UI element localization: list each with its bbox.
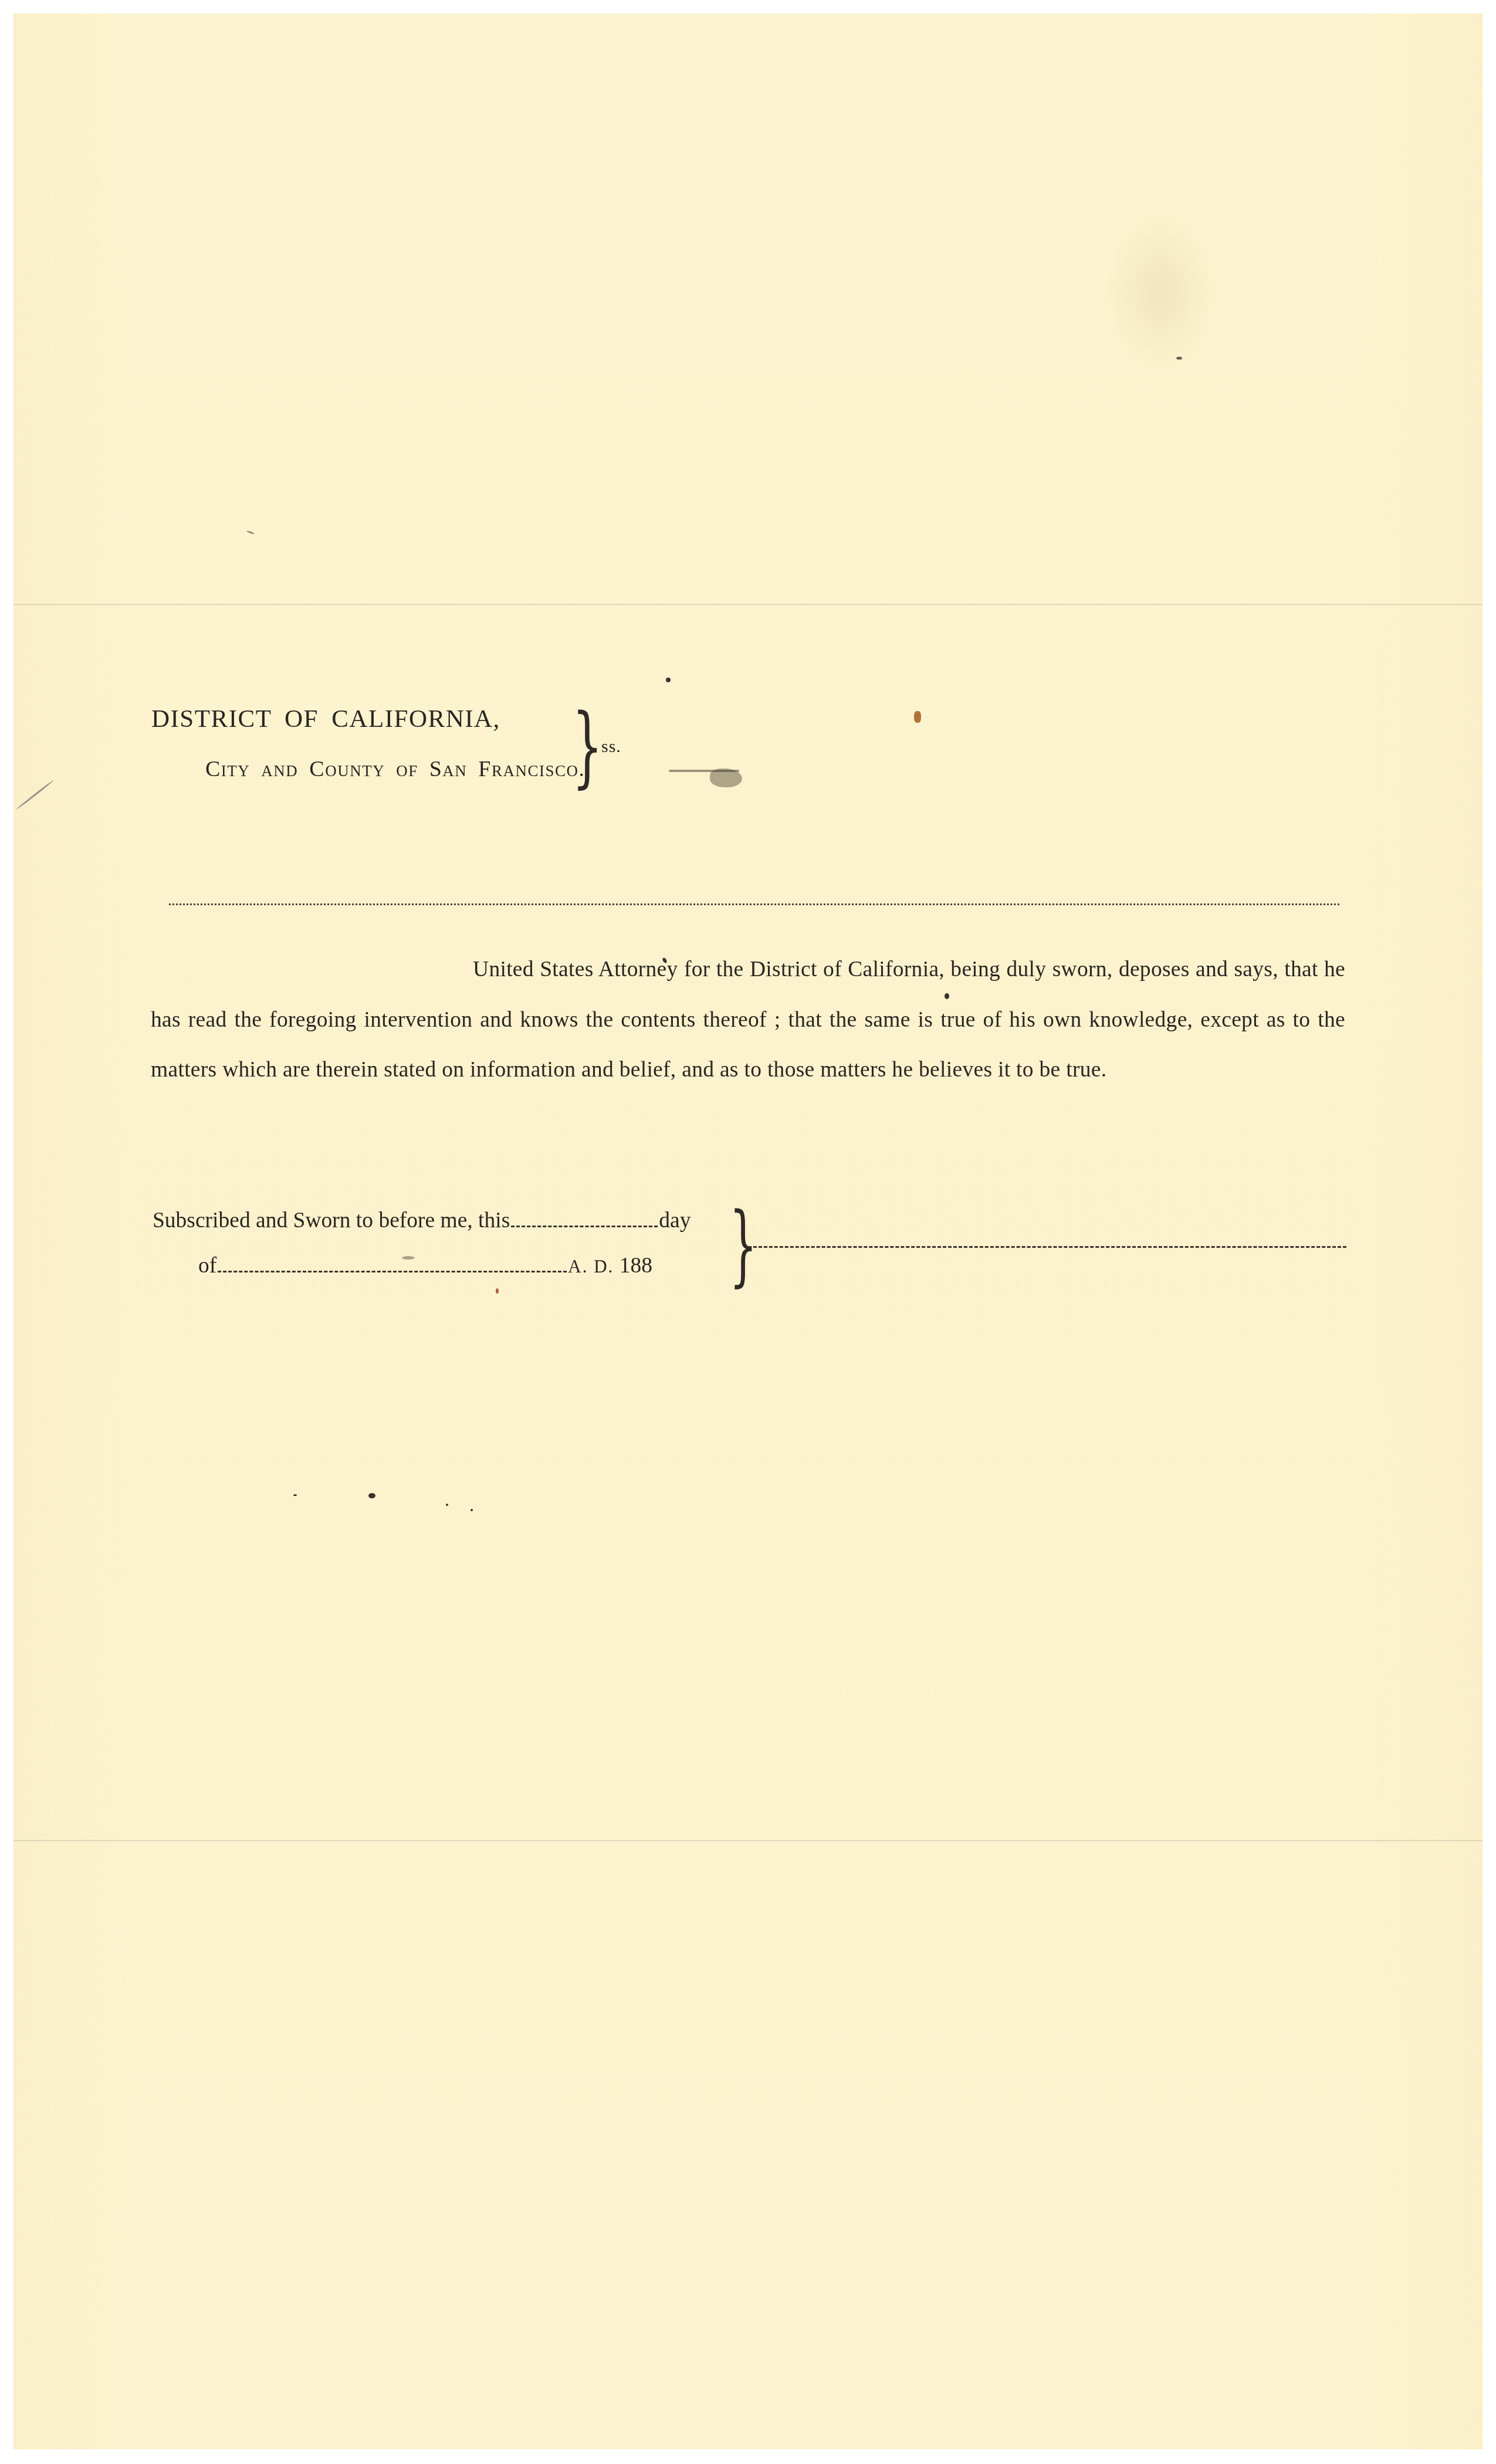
speck-icon <box>471 1509 473 1511</box>
speck-icon <box>293 1494 297 1496</box>
upper-fold-line <box>13 604 1483 605</box>
jurat-prefix: Subscribed and Sworn to before me, this <box>153 1209 510 1233</box>
speck-icon <box>368 1493 375 1498</box>
venue-district: DISTRICT OF CALIFORNIA, <box>151 706 500 732</box>
signature-field[interactable] <box>748 1246 1346 1248</box>
jurat-brace-icon: } <box>729 1201 757 1289</box>
venue-city-county: City and County of San Francisco. <box>205 758 585 780</box>
affidavit-body: United States Attorney for the District … <box>151 945 1345 1095</box>
red-speck-icon <box>496 1288 499 1294</box>
lower-fold-line <box>13 1840 1483 1842</box>
ink-smudge-streak-icon <box>669 770 739 772</box>
ink-mark-icon <box>945 993 949 999</box>
speck-icon <box>446 1504 448 1506</box>
affiant-name-field[interactable] <box>169 903 1339 905</box>
body-line-4: to those matters he believes it to be tr… <box>744 1058 1106 1082</box>
anno-domini-label: A. D. <box>568 1256 614 1277</box>
month-field[interactable] <box>218 1271 567 1272</box>
pencil-smudge-icon <box>402 1256 415 1260</box>
jurat-line-1: Subscribed and Sworn to before me, thisd… <box>153 1210 691 1232</box>
ink-speck-icon <box>666 678 671 682</box>
venue-brace-icon: } <box>572 703 603 791</box>
rust-spot-icon <box>914 711 921 723</box>
jurat-day-label: day <box>659 1209 691 1233</box>
year-prefix: 188 <box>620 1254 652 1278</box>
speck-icon <box>1176 357 1182 360</box>
jurat-line-2: ofA. D. 188 <box>198 1255 652 1277</box>
day-field[interactable] <box>511 1226 658 1227</box>
jurat-of-label: of <box>198 1254 216 1278</box>
body-line-1: United States Attorney for the District … <box>473 957 1190 981</box>
venue-ss: ss. <box>601 738 621 756</box>
